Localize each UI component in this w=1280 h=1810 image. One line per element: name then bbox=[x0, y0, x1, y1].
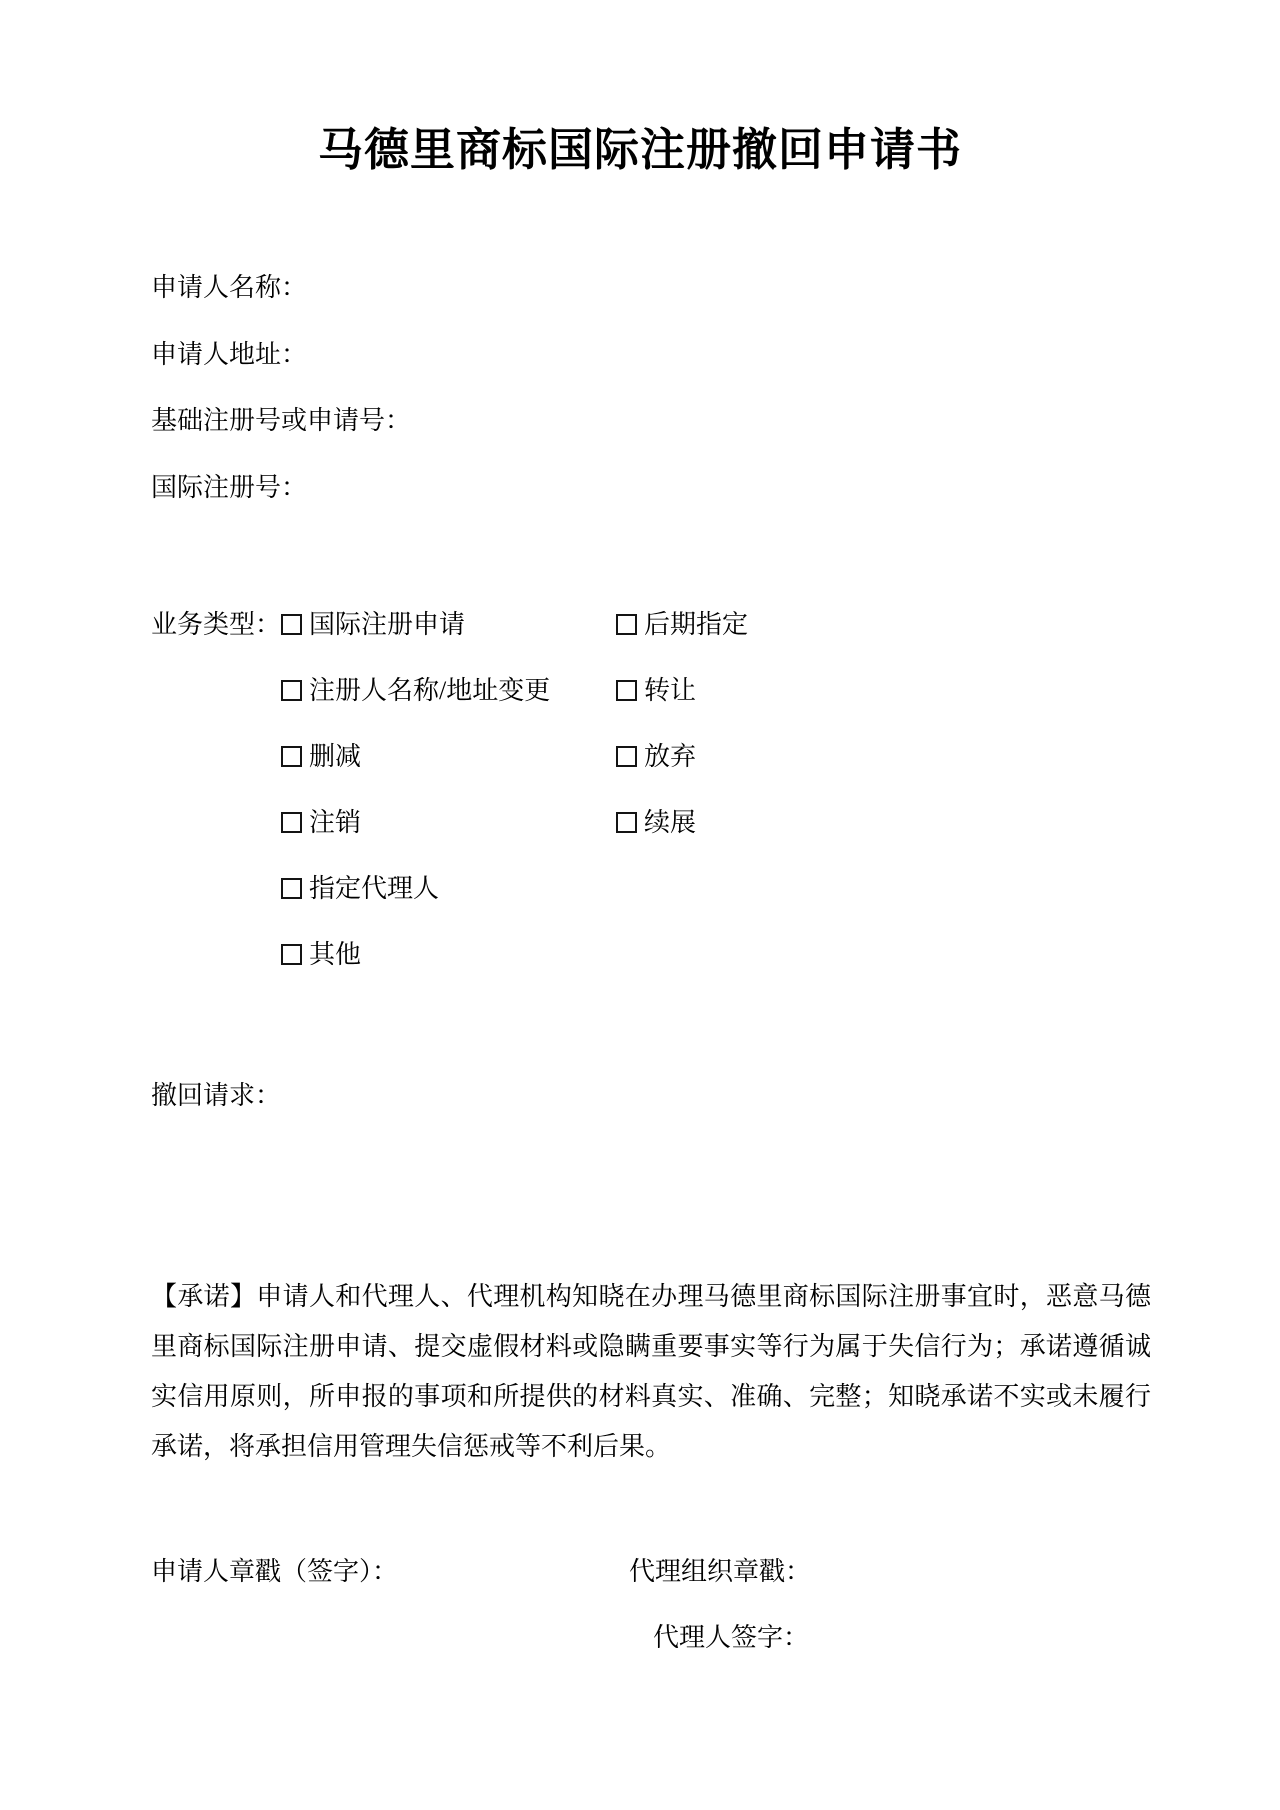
checkbox-icon[interactable] bbox=[616, 680, 637, 701]
commitment-paragraph: 【承诺】申请人和代理人、代理机构知晓在办理马德里商标国际注册事宜时，恶意马德里商… bbox=[151, 1272, 1151, 1472]
agent-org-seal-label: 代理组织章戳： bbox=[629, 1554, 811, 1590]
business-type-option: 删减 bbox=[281, 742, 361, 771]
business-type-label: 业务类型： bbox=[151, 607, 281, 643]
applicant-seal-label: 申请人章戳（签字）： bbox=[151, 1554, 398, 1590]
field-applicant-address-label: 申请人地址： bbox=[151, 337, 307, 373]
checkbox-icon[interactable] bbox=[281, 812, 302, 833]
business-type-option: 指定代理人 bbox=[281, 874, 439, 903]
checkbox-icon[interactable] bbox=[281, 944, 302, 965]
page-title: 马德里商标国际注册撤回申请书 bbox=[0, 119, 1280, 181]
business-type-row: 注册人名称/地址变更 转让 bbox=[281, 673, 748, 739]
withdraw-request-label: 撤回请求： bbox=[151, 1078, 281, 1114]
business-type-option: 注册人名称/地址变更 bbox=[281, 676, 550, 705]
business-type-option: 其他 bbox=[281, 940, 361, 969]
document-page: { "doc": { "title": "马德里商标国际注册撤回申请书", "f… bbox=[0, 0, 1280, 1810]
option-label: 删减 bbox=[309, 742, 361, 771]
option-label: 注销 bbox=[309, 808, 361, 837]
option-label: 续展 bbox=[644, 808, 696, 837]
checkbox-icon[interactable] bbox=[616, 614, 637, 635]
field-basic-registration-no-label: 基础注册号或申请号： bbox=[151, 403, 411, 439]
option-label: 国际注册申请 bbox=[309, 610, 465, 639]
business-type-option: 续展 bbox=[616, 808, 696, 837]
checkbox-icon[interactable] bbox=[281, 746, 302, 767]
checkbox-icon[interactable] bbox=[616, 812, 637, 833]
business-type-option: 放弃 bbox=[616, 742, 696, 771]
checkbox-icon[interactable] bbox=[281, 878, 302, 899]
business-type-row: 国际注册申请 后期指定 bbox=[281, 607, 748, 673]
checkbox-icon[interactable] bbox=[281, 614, 302, 635]
option-label: 放弃 bbox=[644, 742, 696, 771]
business-type-row: 注销 续展 bbox=[281, 805, 748, 871]
option-label: 注册人名称/地址变更 bbox=[309, 676, 550, 705]
option-label: 其他 bbox=[309, 940, 361, 969]
business-type-options: 国际注册申请 后期指定 注册人名称/地址变更 转让 删减 放弃 注销 续展 指定… bbox=[281, 607, 748, 1003]
option-label: 后期指定 bbox=[644, 610, 748, 639]
option-label: 指定代理人 bbox=[309, 874, 439, 903]
agent-signature-label: 代理人签字： bbox=[653, 1620, 809, 1656]
field-applicant-name-label: 申请人名称： bbox=[151, 270, 307, 306]
business-type-option: 转让 bbox=[616, 676, 696, 705]
business-type-row: 指定代理人 bbox=[281, 871, 748, 937]
business-type-option: 注销 bbox=[281, 808, 361, 837]
option-label: 转让 bbox=[644, 676, 696, 705]
business-type-option: 后期指定 bbox=[616, 610, 748, 639]
checkbox-icon[interactable] bbox=[281, 680, 302, 701]
checkbox-icon[interactable] bbox=[616, 746, 637, 767]
business-type-option: 国际注册申请 bbox=[281, 610, 465, 639]
business-type-row: 其他 bbox=[281, 937, 748, 1003]
field-international-registration-no-label: 国际注册号： bbox=[151, 470, 307, 506]
business-type-row: 删减 放弃 bbox=[281, 739, 748, 805]
